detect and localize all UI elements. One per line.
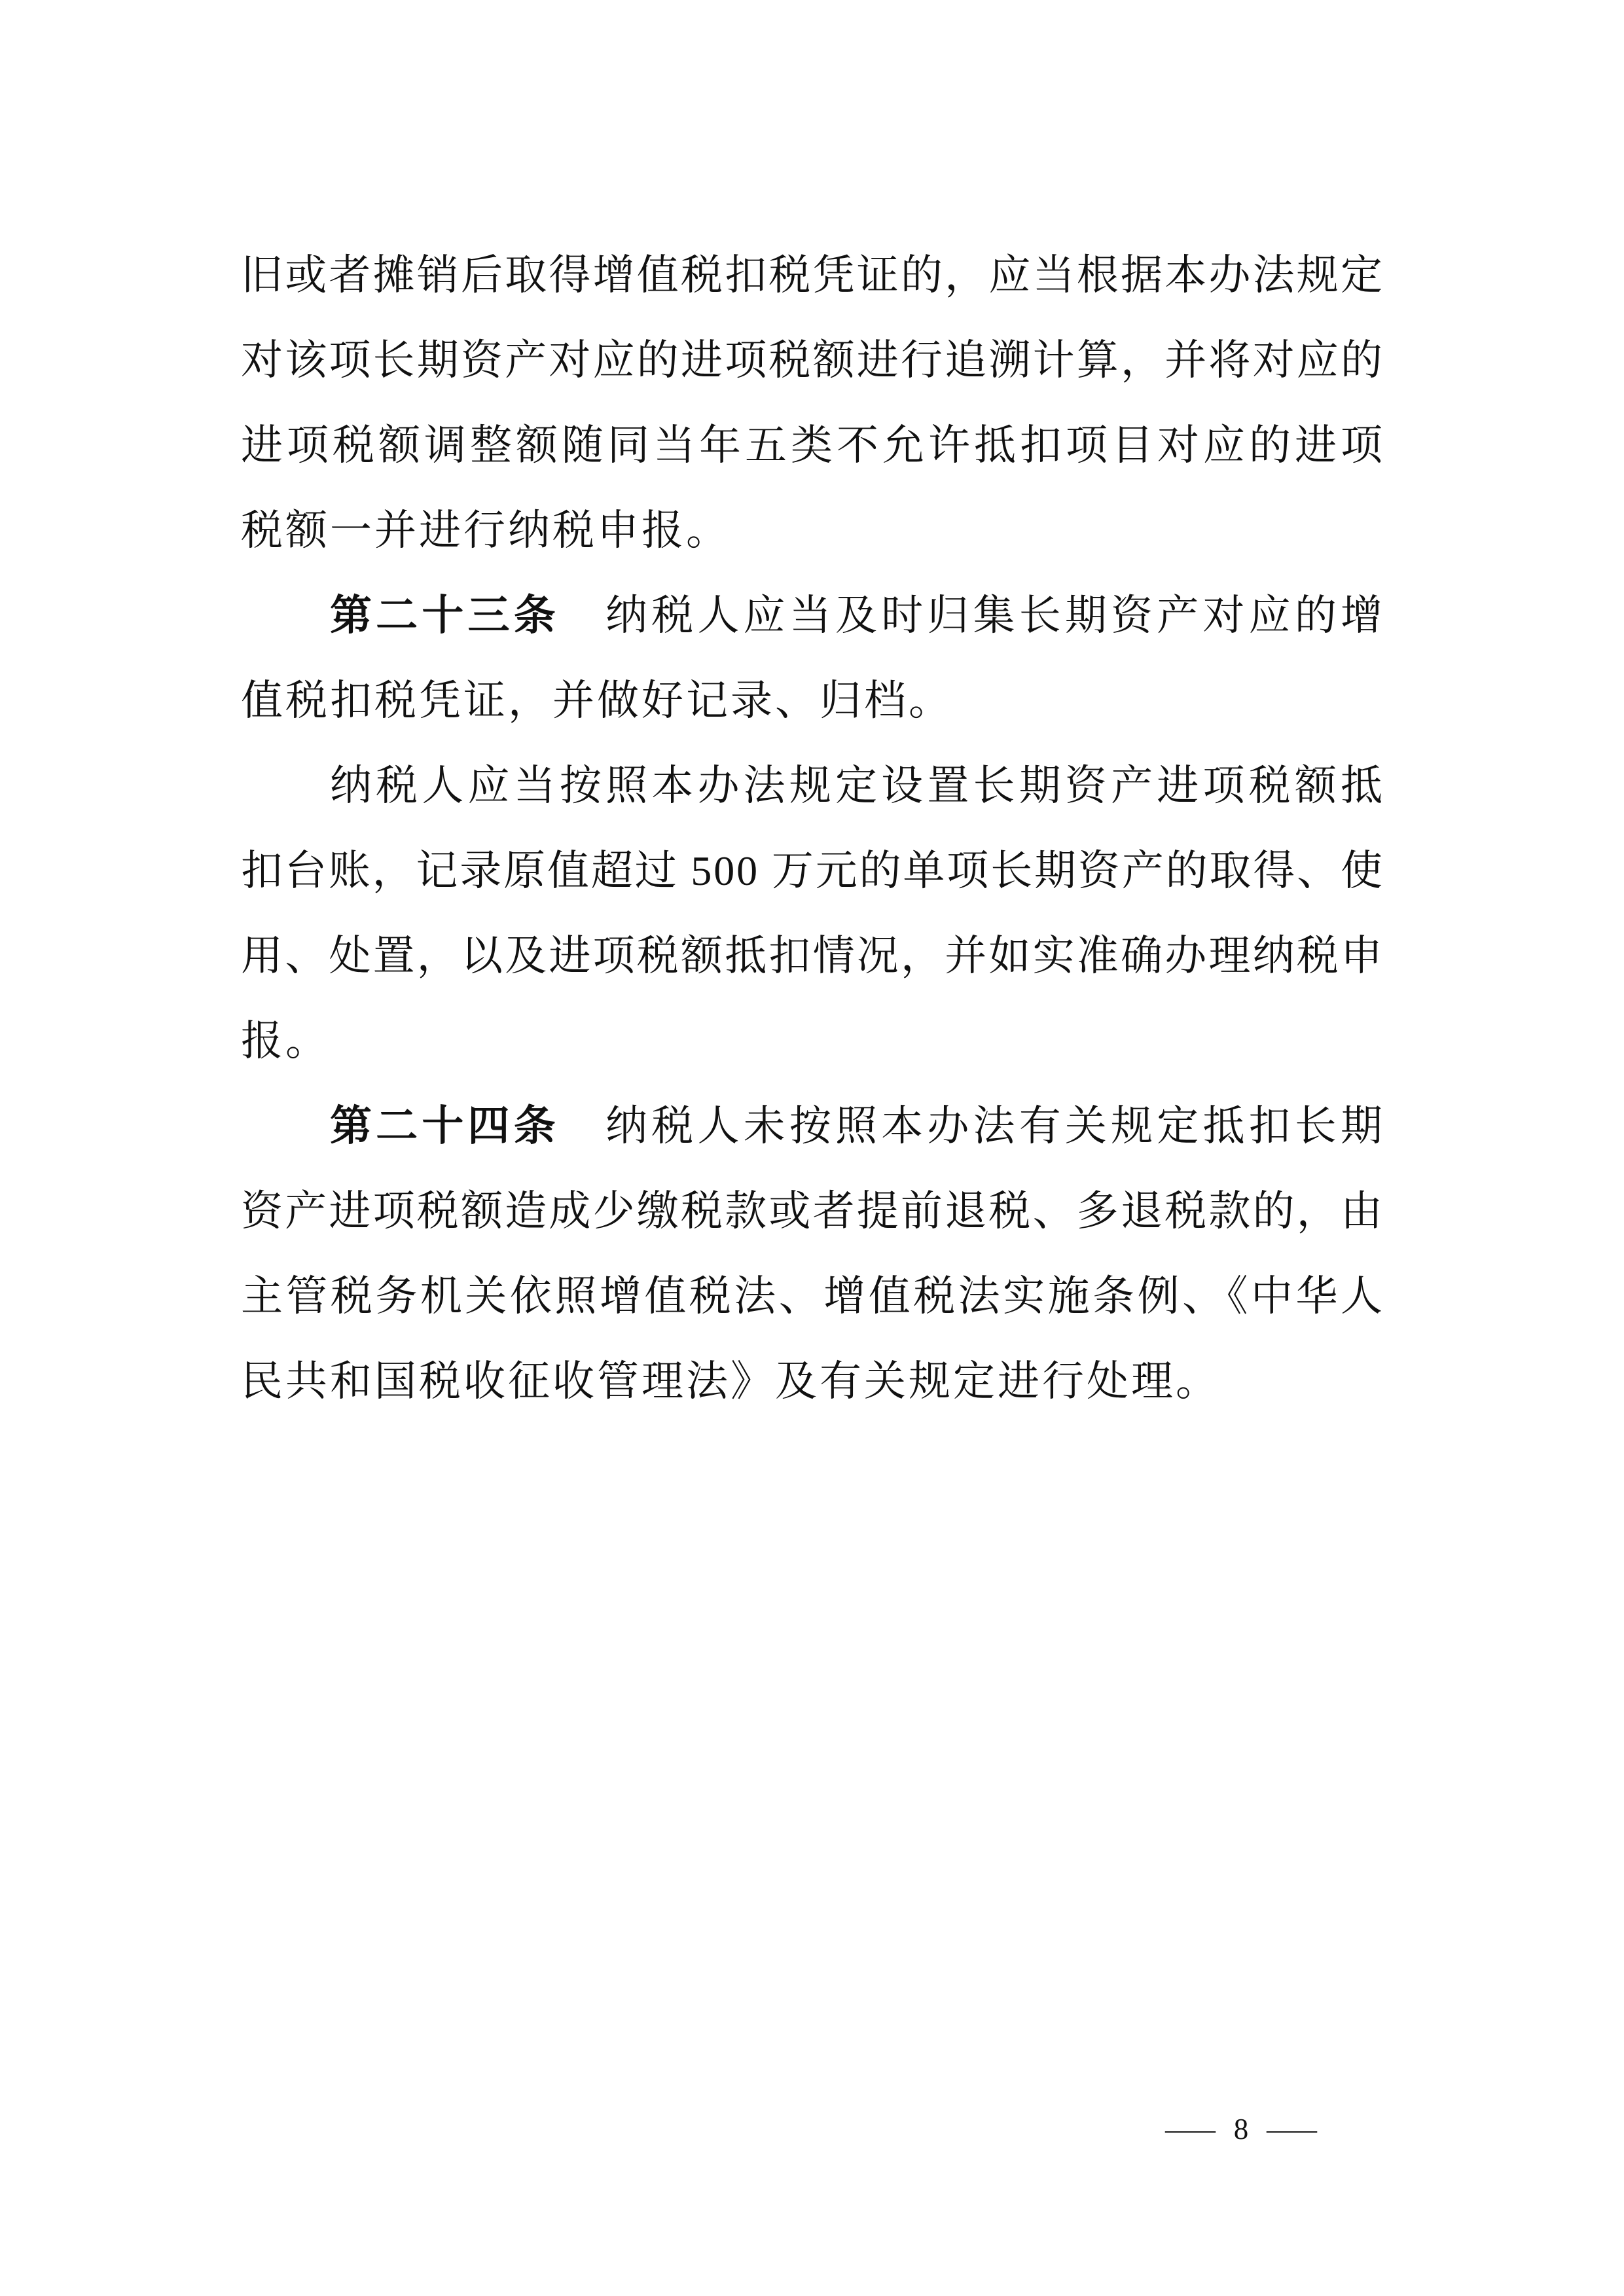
line-text: 纳税人应当按照本办法规定设置长期资产进项税额抵: [330, 762, 1386, 809]
line-text: 旧或者摊销后取得增值税扣税凭证的，应当根据本办法规定: [241, 252, 1384, 298]
text-line-6: 值税扣税凭证，并做好记录、归档。: [241, 658, 1382, 744]
text-line-14: 民共和国税收征收管理法》及有关规定进行处理。: [241, 1339, 1382, 1424]
line-text: 第二十四条 纳税人未按照本办法有关规定抵扣长期: [330, 1103, 1386, 1149]
page-number-left-dash: —: [1165, 2112, 1216, 2146]
text-line-2: 对该项长期资产对应的进项税额进行追溯计算，并将对应的: [241, 318, 1382, 403]
page-number: — 8 —: [1176, 2106, 1307, 2152]
line-text: 进项税额调整额随同当年五类不允许抵扣项目对应的进项: [241, 422, 1386, 469]
text-line-7: 纳税人应当按照本办法规定设置长期资产进项税额抵: [241, 744, 1382, 829]
line-text: 对该项长期资产对应的进项税额进行追溯计算，并将对应的: [241, 337, 1384, 384]
text-line-11: 第二十四条 纳税人未按照本办法有关规定抵扣长期: [241, 1084, 1382, 1169]
line-text: 主管税务机关依照增值税法、增值税法实施条例、《中华人: [241, 1273, 1385, 1319]
page-number-value: 8: [1230, 2112, 1253, 2146]
line-text: 第二十三条 纳税人应当及时归集长期资产对应的增: [330, 592, 1386, 639]
article-number: 第二十四条: [330, 1103, 560, 1149]
text-line-4: 税额一并进行纳税申报。: [241, 488, 1382, 573]
line-text: 税额一并进行纳税申报。: [241, 507, 731, 554]
text-line-3: 进项税额调整额随同当年五类不允许抵扣项目对应的进项: [241, 403, 1382, 488]
page-number-right-dash: —: [1267, 2112, 1317, 2146]
line-text: 报。: [241, 1018, 330, 1064]
document-body: 旧或者摊销后取得增值税扣税凭证的，应当根据本办法规定 对该项长期资产对应的进项税…: [241, 233, 1382, 1424]
text-line-8: 扣台账，记录原值超过 500 万元的单项长期资产的取得、使: [241, 829, 1382, 914]
text-line-9: 用、处置，以及进项税额抵扣情况，并如实准确办理纳税申: [241, 914, 1382, 999]
text-line-13: 主管税务机关依照增值税法、增值税法实施条例、《中华人: [241, 1254, 1382, 1339]
text-line-1: 旧或者摊销后取得增值税扣税凭证的，应当根据本办法规定: [241, 233, 1382, 318]
article-number: 第二十三条: [330, 592, 560, 639]
line-text: 扣台账，记录原值超过 500 万元的单项长期资产的取得、使: [241, 848, 1384, 894]
line-text: 值税扣税凭证，并做好记录、归档。: [241, 677, 953, 724]
line-text: 民共和国税收征收管理法》及有关规定进行处理。: [241, 1358, 1220, 1405]
text-line-12: 资产进项税额造成少缴税款或者提前退税、多退税款的，由: [241, 1169, 1382, 1254]
line-text: 用、处置，以及进项税额抵扣情况，并如实准确办理纳税申: [241, 933, 1384, 979]
line-text: 资产进项税额造成少缴税款或者提前退税、多退税款的，由: [241, 1188, 1384, 1234]
text-line-5: 第二十三条 纳税人应当及时归集长期资产对应的增: [241, 573, 1382, 658]
text-line-10: 报。: [241, 999, 1382, 1084]
document-page: 旧或者摊销后取得增值税扣税凭证的，应当根据本办法规定 对该项长期资产对应的进项税…: [0, 0, 1624, 2296]
